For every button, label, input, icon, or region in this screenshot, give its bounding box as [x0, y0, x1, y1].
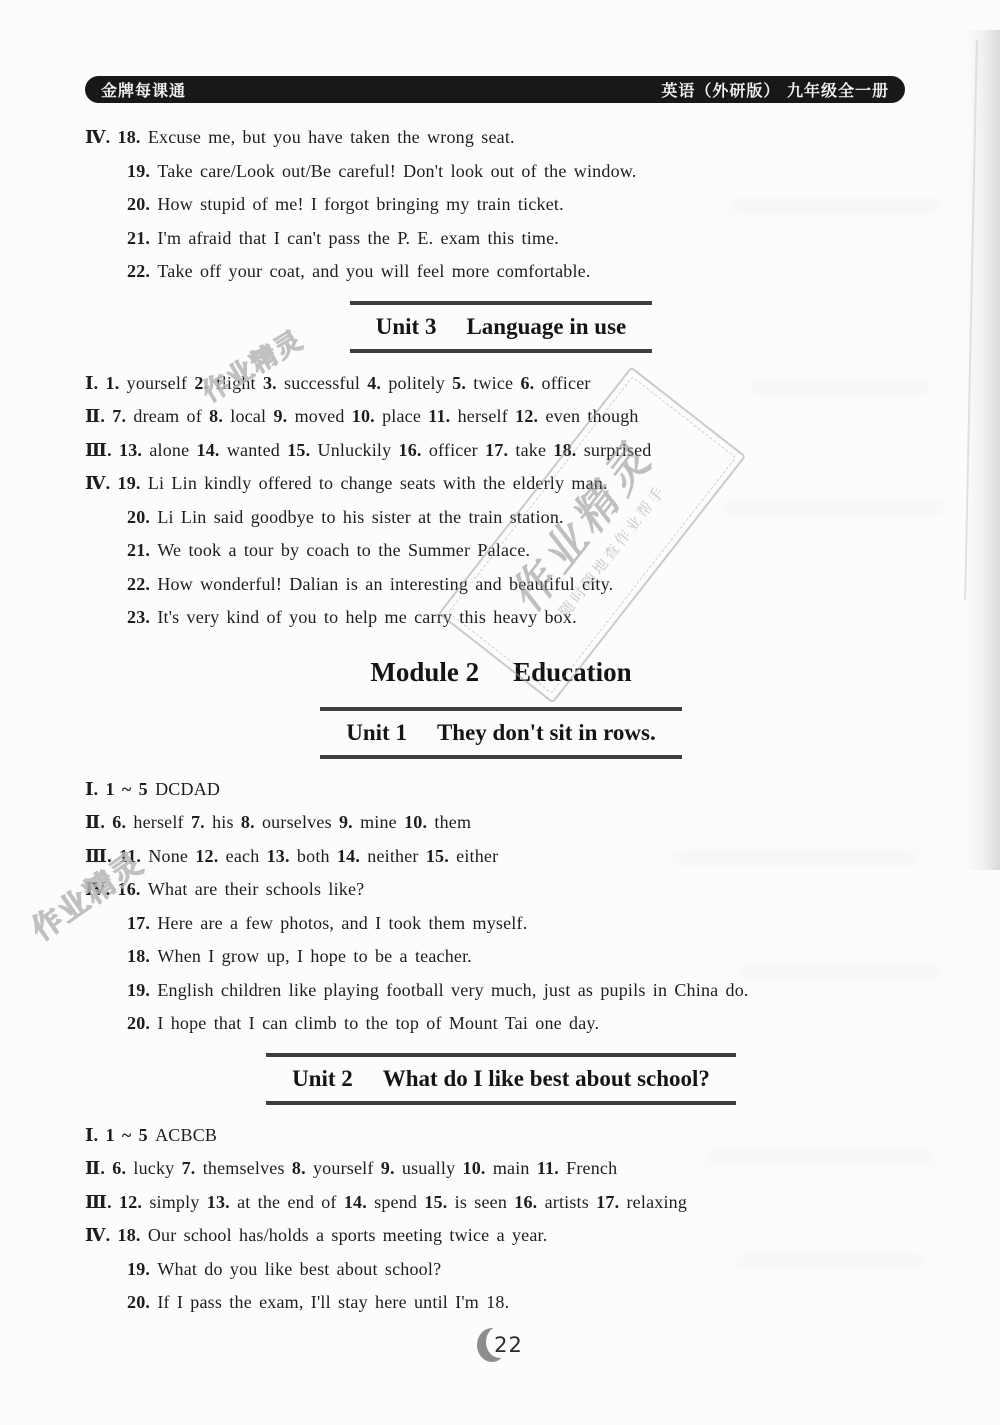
answer-line: 20. Li Lin said goodbye to his sister at…: [85, 501, 917, 535]
answer-number: Ⅳ. 18.: [85, 127, 148, 147]
answer-text: ourselves: [262, 812, 339, 832]
answer-text: each: [226, 846, 267, 866]
answer-number: 14.: [197, 440, 227, 460]
answer-number: Ⅲ. 11.: [85, 846, 148, 866]
answer-text: How stupid of me! I forgot bringing my t…: [157, 194, 564, 214]
answer-text: his: [212, 812, 241, 832]
answer-line: Ⅲ. 11. None 12. each 13. both 14. neithe…: [85, 840, 917, 874]
answer-text: None: [148, 846, 195, 866]
answer-number: 19.: [127, 980, 157, 1000]
answer-number: 5.: [452, 373, 473, 393]
answer-number: Ⅳ. 18.: [85, 1225, 148, 1245]
answer-number: 15.: [426, 846, 456, 866]
answer-number: Ⅳ. 16.: [85, 879, 148, 899]
page-edge-shadow: [966, 30, 1000, 870]
heading-title: They don't sit in rows.: [437, 720, 656, 745]
module-heading: Module 2Education: [85, 655, 917, 689]
answer-text: Li Lin said goodbye to his sister at the…: [157, 507, 563, 527]
answer-line: Ⅳ. 16. What are their schools like?: [85, 873, 917, 907]
answer-line: 19. What do you like best about school?: [85, 1253, 917, 1287]
answer-text: them: [434, 812, 471, 832]
answer-text: take: [515, 440, 553, 460]
answer-text: herself: [133, 812, 191, 832]
answer-text: Here are a few photos, and I took them m…: [157, 913, 527, 933]
answer-text: It's very kind of you to help me carry t…: [157, 607, 576, 627]
unit-heading: Unit 3Language in use: [350, 301, 652, 353]
answer-number: Ⅱ. 7.: [85, 406, 133, 426]
answer-number: 18.: [553, 440, 583, 460]
answer-text: ACBCB: [155, 1125, 217, 1145]
answer-text: We took a tour by coach to the Summer Pa…: [157, 540, 530, 560]
answer-text: Li Lin kindly offered to change seats wi…: [148, 473, 608, 493]
answer-text: yourself: [127, 373, 195, 393]
answer-number: 6.: [520, 373, 541, 393]
answer-line: Ⅳ. 18. Our school has/holds a sports mee…: [85, 1219, 917, 1253]
answer-number: 9.: [381, 1158, 402, 1178]
answer-text: spend: [374, 1192, 424, 1212]
answer-line: Ⅱ. 6. herself 7. his 8. ourselves 9. min…: [85, 806, 917, 840]
answer-number: 15.: [287, 440, 317, 460]
answer-line: Ⅳ. 19. Li Lin kindly offered to change s…: [85, 467, 917, 501]
page-edge-line: [964, 40, 978, 600]
answer-number: 20.: [127, 194, 157, 214]
answer-line: 19. Take care/Look out/Be careful! Don't…: [85, 155, 917, 189]
answer-text: neither: [367, 846, 426, 866]
answer-text: even though: [545, 406, 638, 426]
answer-text: wanted: [227, 440, 287, 460]
heading-title: What do I like best about school?: [383, 1066, 710, 1091]
answer-number: 17.: [596, 1192, 626, 1212]
heading-title: Language in use: [466, 314, 626, 339]
answer-text: moved: [295, 406, 352, 426]
answer-number: 10.: [463, 1158, 493, 1178]
answer-text: dream of: [133, 406, 209, 426]
answer-number: 7.: [191, 812, 212, 832]
unit-heading: Unit 1They don't sit in rows.: [320, 707, 681, 759]
answer-number: 14.: [337, 846, 367, 866]
answer-number: 8.: [241, 812, 262, 832]
answer-text: simply: [149, 1192, 206, 1212]
answer-number: 9.: [339, 812, 360, 832]
answer-number: 8.: [292, 1158, 313, 1178]
answer-number: 23.: [127, 607, 157, 627]
answer-number: 22.: [127, 574, 157, 594]
answer-number: 17.: [485, 440, 515, 460]
answer-number: 11.: [428, 406, 457, 426]
answer-line: Ⅱ. 7. dream of 8. local 9. moved 10. pla…: [85, 400, 917, 434]
answer-number: Ⅲ. 12.: [85, 1192, 149, 1212]
answer-text: How wonderful! Dalian is an interesting …: [157, 574, 613, 594]
answer-line: 22. How wonderful! Dalian is an interest…: [85, 568, 917, 602]
answer-number: Ⅰ. 1 ~ 5: [85, 779, 155, 799]
answer-text: mine: [360, 812, 404, 832]
answer-text: flight: [216, 373, 263, 393]
answer-number: 4.: [367, 373, 388, 393]
answer-number: 11.: [537, 1158, 566, 1178]
answer-text: What are their schools like?: [148, 879, 365, 899]
answer-number: 10.: [352, 406, 382, 426]
answer-line: 22. Take off your coat, and you will fee…: [85, 255, 917, 289]
answer-line: Ⅱ. 6. lucky 7. themselves 8. yourself 9.…: [85, 1152, 917, 1186]
answer-text: Excuse me, but you have taken the wrong …: [148, 127, 515, 147]
answer-number: 22.: [127, 261, 157, 281]
answer-number: 18.: [127, 946, 157, 966]
answer-text: is seen: [455, 1192, 515, 1212]
answer-number: Ⅲ. 13.: [85, 440, 149, 460]
page-footer: 22: [0, 1326, 1000, 1364]
answer-text: Take off your coat, and you will feel mo…: [157, 261, 590, 281]
answer-text: I hope that I can climb to the top of Mo…: [157, 1013, 599, 1033]
answer-number: 21.: [127, 228, 157, 248]
page-number: 22: [494, 1333, 523, 1357]
answer-text: herself: [458, 406, 516, 426]
answer-text: twice: [473, 373, 520, 393]
answer-number: 15.: [424, 1192, 454, 1212]
answer-text: artists: [545, 1192, 597, 1212]
answer-text: I'm afraid that I can't pass the P. E. e…: [157, 228, 559, 248]
answer-number: 19.: [127, 1259, 157, 1279]
answer-number: 20.: [127, 507, 157, 527]
content-area: Ⅳ. 18. Excuse me, but you have taken the…: [85, 121, 917, 1320]
answer-text: usually: [402, 1158, 463, 1178]
answer-number: Ⅱ. 6.: [85, 1158, 133, 1178]
answer-text: Take care/Look out/Be careful! Don't loo…: [157, 161, 636, 181]
answer-line: Ⅰ. 1 ~ 5 ACBCB: [85, 1119, 917, 1153]
answer-number: 20.: [127, 1292, 157, 1312]
answer-line: 20. How stupid of me! I forgot bringing …: [85, 188, 917, 222]
answer-text: Unluckily: [318, 440, 399, 460]
answer-line: 20. I hope that I can climb to the top o…: [85, 1007, 917, 1041]
answer-text: successful: [284, 373, 367, 393]
book-edition: 英语（外研版） 九年级全一册: [661, 78, 889, 101]
answer-number: 14.: [344, 1192, 374, 1212]
answer-number: 17.: [127, 913, 157, 933]
answer-text: place: [382, 406, 428, 426]
answer-number: 7.: [182, 1158, 203, 1178]
answer-text: yourself: [313, 1158, 381, 1178]
answer-text: themselves: [203, 1158, 292, 1178]
answer-text: lucky: [133, 1158, 181, 1178]
answer-text: Our school has/holds a sports meeting tw…: [148, 1225, 548, 1245]
answer-line: 21. I'm afraid that I can't pass the P. …: [85, 222, 917, 256]
answer-number: 10.: [404, 812, 434, 832]
answer-text: If I pass the exam, I'll stay here until…: [157, 1292, 509, 1312]
heading-label: Unit 3: [376, 314, 437, 339]
answer-line: Ⅲ. 13. alone 14. wanted 15. Unluckily 16…: [85, 434, 917, 468]
answer-number: Ⅰ. 1 ~ 5: [85, 1125, 155, 1145]
answer-text: alone: [149, 440, 196, 460]
answer-text: surprised: [584, 440, 652, 460]
answer-text: politely: [388, 373, 452, 393]
heading-label: Unit 1: [346, 720, 407, 745]
answer-line: Ⅳ. 18. Excuse me, but you have taken the…: [85, 121, 917, 155]
answer-line: 17. Here are a few photos, and I took th…: [85, 907, 917, 941]
answer-text: both: [297, 846, 337, 866]
answer-number: 8.: [209, 406, 230, 426]
answer-number: 20.: [127, 1013, 157, 1033]
answer-text: main: [493, 1158, 537, 1178]
answer-number: 21.: [127, 540, 157, 560]
book-title: 金牌每课通: [101, 78, 186, 101]
answer-text: officer: [542, 373, 591, 393]
answer-text: French: [566, 1158, 617, 1178]
answer-number: 13.: [267, 846, 297, 866]
heading-label: Unit 2: [292, 1066, 353, 1091]
workbook-page: 金牌每课通 英语（外研版） 九年级全一册 Ⅳ. 18. Excuse me, b…: [0, 0, 1000, 1425]
answer-number: Ⅳ. 19.: [85, 473, 148, 493]
answer-text: officer: [429, 440, 485, 460]
header-bar: 金牌每课通 英语（外研版） 九年级全一册: [85, 76, 905, 103]
answer-number: 12.: [515, 406, 545, 426]
answer-number: 12.: [195, 846, 225, 866]
answer-text: English children like playing football v…: [157, 980, 748, 1000]
answer-text: relaxing: [626, 1192, 687, 1212]
heading-title: Education: [513, 657, 632, 687]
answer-line: 18. When I grow up, I hope to be a teach…: [85, 940, 917, 974]
answer-number: 3.: [263, 373, 284, 393]
answer-line: 23. It's very kind of you to help me car…: [85, 601, 917, 635]
answer-text: at the end of: [237, 1192, 344, 1212]
answer-number: 2.: [194, 373, 215, 393]
answer-line: 19. English children like playing footba…: [85, 974, 917, 1008]
answer-line: Ⅰ. 1 ~ 5 DCDAD: [85, 773, 917, 807]
answer-number: 16.: [399, 440, 429, 460]
answer-number: 9.: [273, 406, 294, 426]
heading-label: Module 2: [370, 657, 479, 687]
answer-text: What do you like best about school?: [157, 1259, 441, 1279]
answer-number: Ⅱ. 6.: [85, 812, 133, 832]
answer-line: Ⅰ. 1. yourself 2. flight 3. successful 4…: [85, 367, 917, 401]
answer-number: 13.: [207, 1192, 237, 1212]
answer-line: 20. If I pass the exam, I'll stay here u…: [85, 1286, 917, 1320]
answer-text: When I grow up, I hope to be a teacher.: [157, 946, 472, 966]
unit-heading: Unit 2What do I like best about school?: [266, 1053, 736, 1105]
answer-number: Ⅰ. 1.: [85, 373, 127, 393]
answer-number: 16.: [514, 1192, 544, 1212]
answer-text: local: [230, 406, 273, 426]
answer-text: either: [456, 846, 498, 866]
answer-number: 19.: [127, 161, 157, 181]
answer-line: 21. We took a tour by coach to the Summe…: [85, 534, 917, 568]
answer-line: Ⅲ. 12. simply 13. at the end of 14. spen…: [85, 1186, 917, 1220]
answer-text: DCDAD: [155, 779, 220, 799]
